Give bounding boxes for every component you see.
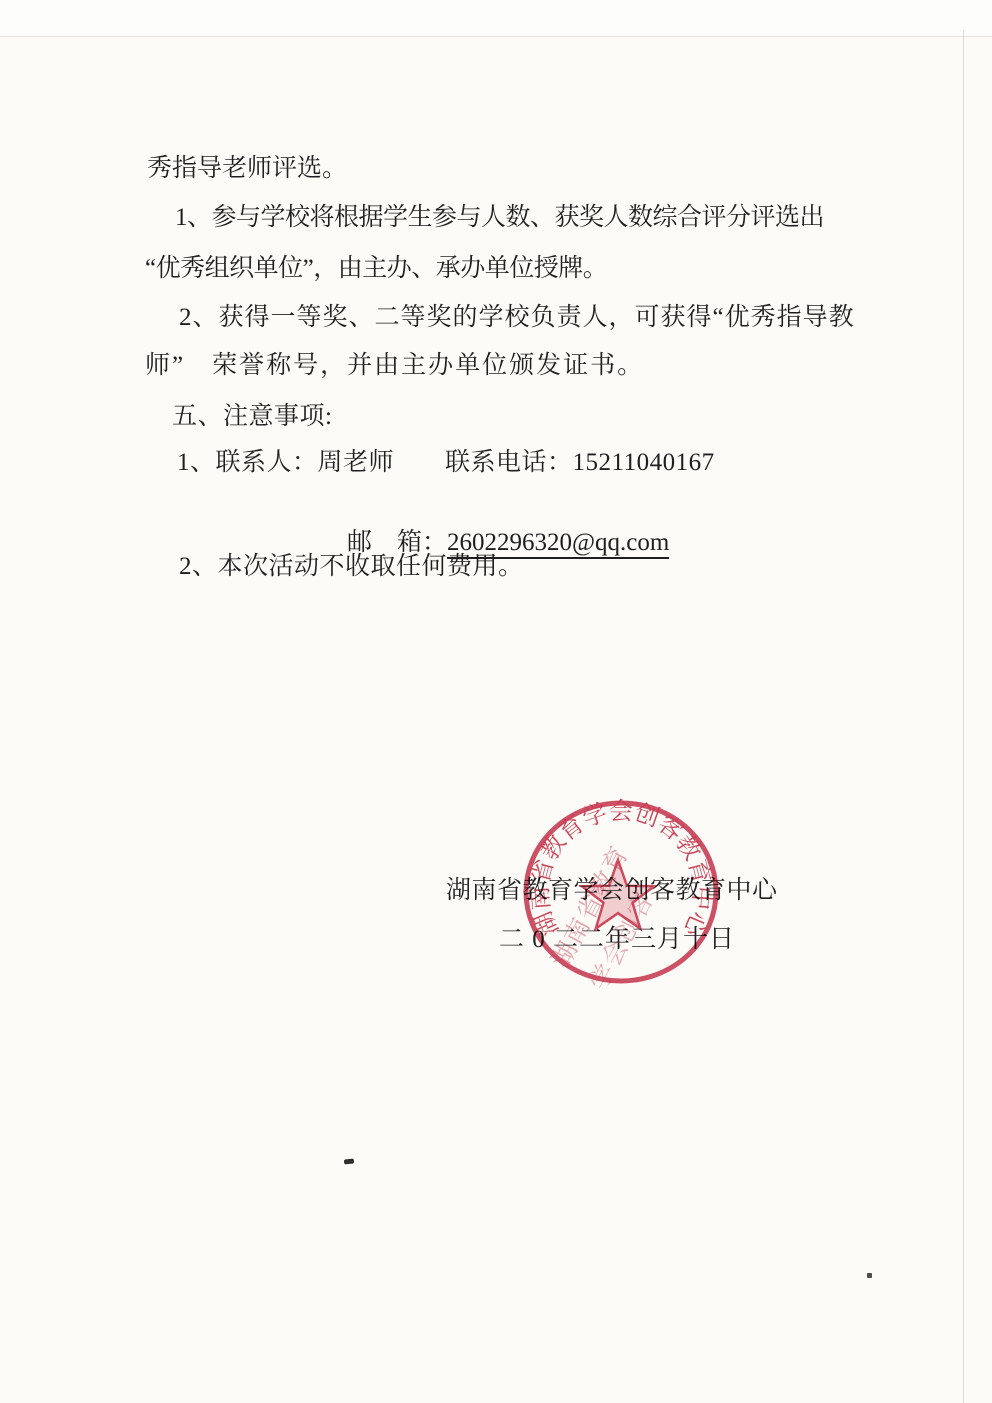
- scan-right-paper-seam: [963, 30, 964, 1403]
- fee-line: 2、本次活动不收取任何费用。: [179, 553, 524, 582]
- body-line-item-1-cont: “优秀组织单位”，由主办、承办单位授牌。: [145, 255, 607, 284]
- body-line-item-1: 1、参与学校将根据学生参与人数、获奖人数综合评分评选出: [175, 204, 824, 233]
- body-line-continuation: 秀指导老师评选。: [147, 155, 347, 184]
- email-label: 邮 箱：: [347, 529, 447, 556]
- contact-line: 1、联系人：周老师 联系电话：15211040167: [177, 449, 715, 478]
- ink-speck-dot: [867, 1273, 872, 1278]
- body-line-item-2-cont: 师” 荣誉称号，并由主办单位颁发证书。: [145, 352, 644, 381]
- body-line-item-2: 2、获得一等奖、二等奖的学校负责人，可获得“优秀指导教: [179, 304, 855, 333]
- scan-top-edge: [0, 0, 992, 37]
- scanned-document-page: 秀指导老师评选。 1、参与学校将根据学生参与人数、获奖人数综合评分评选出 “优秀…: [0, 0, 992, 1403]
- ink-speck-dash: [344, 1158, 354, 1164]
- official-seal-stamp: 湖南省教育学会创客教育中心 湖南省教育 学会创客: [516, 790, 726, 995]
- section-heading-notes: 五、注意事项:: [172, 403, 332, 432]
